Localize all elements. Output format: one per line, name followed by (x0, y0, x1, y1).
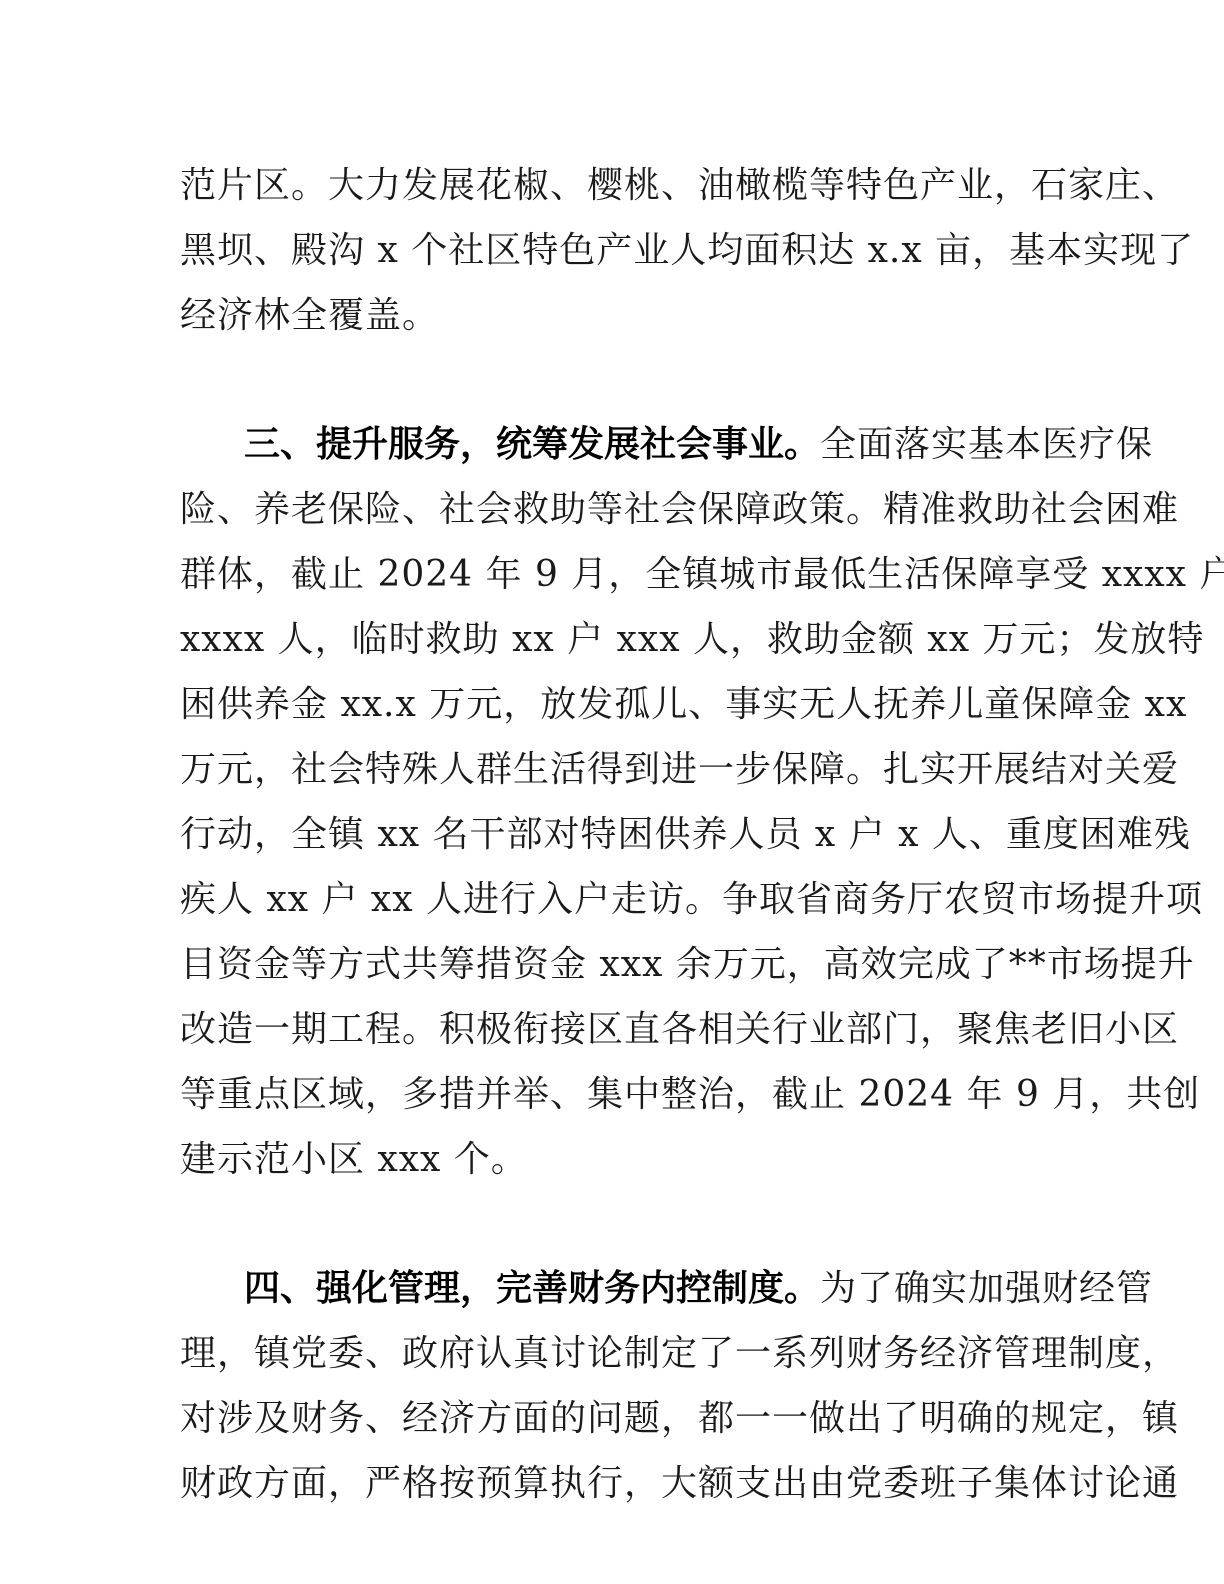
document-page: 范片区。大力发展花椒、樱桃、油橄榄等特色产业，石家庄、 黑坝、殿沟 x 个社区特… (180, 158, 1040, 1521)
text-line: 改造一期工程。积极衔接区直各相关行业部门，聚焦老旧小区 (180, 1002, 1040, 1067)
text-line: 财政方面，严格按预算执行，大额支出由党委班子集体讨论通 (180, 1456, 1040, 1521)
paragraph-section-3: 三、提升服务，统筹发展社会事业。全面落实基本医疗保 险、养老保险、社会救助等社会… (180, 417, 1040, 1197)
text-line: 行动，全镇 xx 名干部对特困供养人员 x 户 x 人、重度困难残 (180, 807, 1040, 872)
text-line: 对涉及财务、经济方面的问题，都一一做出了明确的规定，镇 (180, 1391, 1040, 1456)
text-line: 范片区。大力发展花椒、樱桃、油橄榄等特色产业，石家庄、 (180, 158, 1040, 223)
text-line: 群体，截止 2024 年 9 月，全镇城市最低生活保障享受 xxxx 户 (180, 547, 1040, 612)
section-heading: 三、提升服务，统筹发展社会事业。 (244, 424, 820, 465)
text-run: 全面落实基本医疗保 (820, 424, 1153, 465)
text-line: 建示范小区 xxx 个。 (180, 1132, 1040, 1197)
text-line: 理，镇党委、政府认真讨论制定了一系列财务经济管理制度， (180, 1326, 1040, 1391)
text-line: 险、养老保险、社会救助等社会保障政策。精准救助社会困难 (180, 482, 1040, 547)
paragraph-first-line: 三、提升服务，统筹发展社会事业。全面落实基本医疗保 (180, 417, 1040, 482)
paragraph-gap (180, 1197, 1040, 1261)
paragraph-first-line: 四、强化管理，完善财务内控制度。为了确实加强财经管 (180, 1261, 1040, 1326)
text-line: 疾人 xx 户 xx 人进行入户走访。争取省商务厅农贸市场提升项 (180, 872, 1040, 937)
text-line: 万元，社会特殊人群生活得到进一步保障。扎实开展结对关爱 (180, 742, 1040, 807)
section-heading: 四、强化管理，完善财务内控制度。 (244, 1268, 820, 1309)
paragraph-section-4: 四、强化管理，完善财务内控制度。为了确实加强财经管 理，镇党委、政府认真讨论制定… (180, 1261, 1040, 1521)
text-line: xxxx 人，临时救助 xx 户 xxx 人，救助金额 xx 万元；发放特 (180, 612, 1040, 677)
text-line: 经济林全覆盖。 (180, 288, 1040, 353)
paragraph-continuation: 范片区。大力发展花椒、樱桃、油橄榄等特色产业，石家庄、 黑坝、殿沟 x 个社区特… (180, 158, 1040, 353)
text-line: 困供养金 xx.x 万元，放发孤儿、事实无人抚养儿童保障金 xx (180, 677, 1040, 742)
text-line: 等重点区域，多措并举、集中整治，截止 2024 年 9 月，共创 (180, 1067, 1040, 1132)
text-line: 目资金等方式共筹措资金 xxx 余万元，高效完成了**市场提升 (180, 937, 1040, 1002)
text-run: 为了确实加强财经管 (820, 1268, 1153, 1309)
text-line: 黑坝、殿沟 x 个社区特色产业人均面积达 x.x 亩，基本实现了 (180, 223, 1040, 288)
paragraph-gap (180, 353, 1040, 417)
